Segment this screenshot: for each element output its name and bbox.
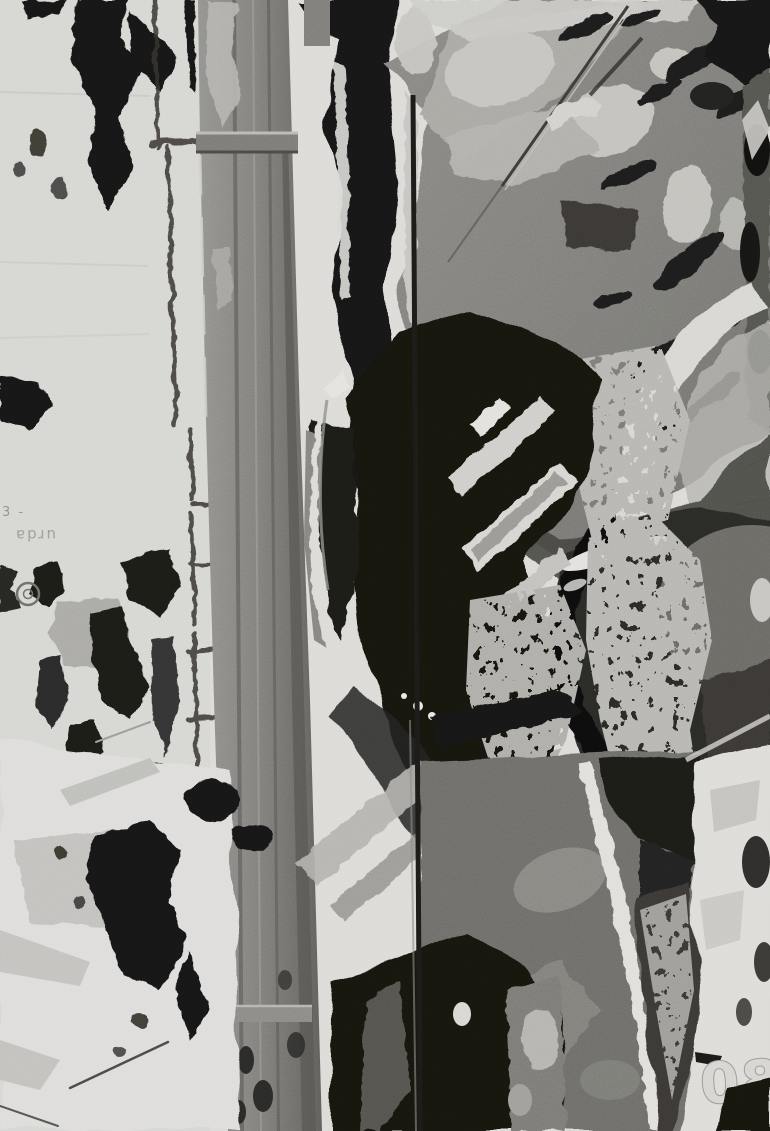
photo-canvas: 08 3 - urda (0, 0, 770, 1131)
photograph: 08 3 - urda (0, 0, 770, 1131)
film-grain-overlay (0, 0, 770, 1131)
